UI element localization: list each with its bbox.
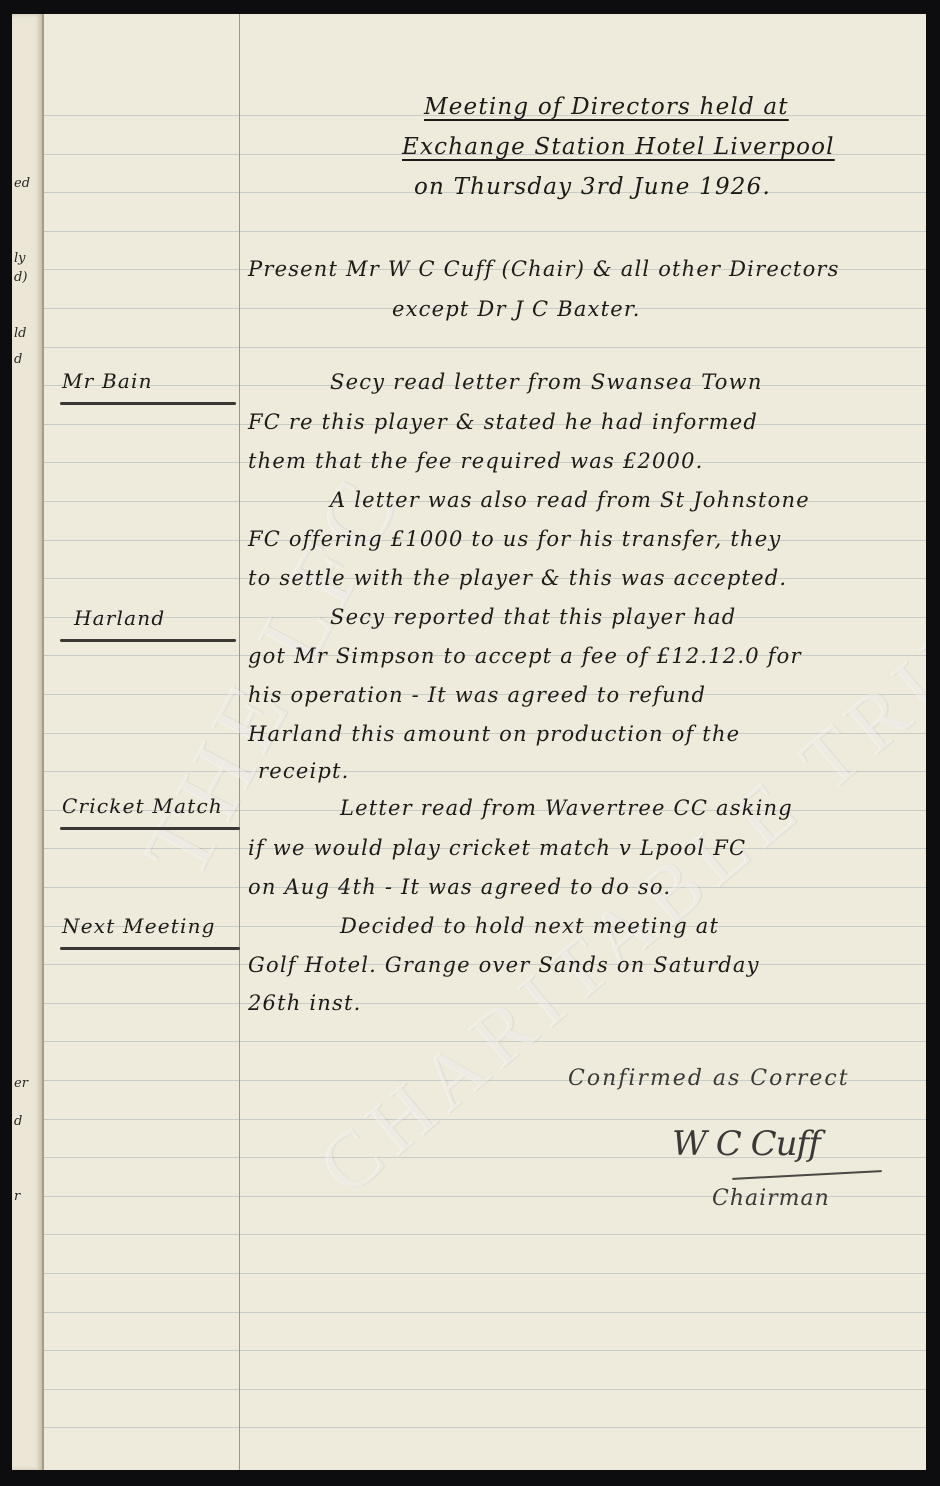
chairman-signature: W C Cuff <box>672 1124 820 1164</box>
left-page-fragment: ly <box>14 251 26 266</box>
left-page-fragment: r <box>14 1189 20 1204</box>
present-line-2: except Dr J C Baxter. <box>392 297 641 321</box>
ruled-line <box>12 1312 926 1313</box>
minute-1-line-4: A letter was also read from St Johnstone <box>330 488 810 512</box>
ruled-line <box>12 1273 926 1274</box>
minute-2-line-5: receipt. <box>258 759 350 783</box>
minute-2-line-4: Harland this amount on production of the <box>248 722 740 746</box>
margin-label-underline <box>60 827 240 830</box>
ruled-line <box>12 231 926 232</box>
minute-4-line-2: Golf Hotel. Grange over Sands on Saturda… <box>248 953 760 977</box>
minute-2-line-2: got Mr Simpson to accept a fee of £12.12… <box>248 644 802 668</box>
margin-label-next-meeting: Next Meeting <box>62 914 216 938</box>
confirmation-text: Confirmed as Correct <box>568 1066 850 1091</box>
heading-line-2: Exchange Station Hotel Liverpool <box>402 134 835 160</box>
minute-2-line-1: Secy reported that this player had <box>330 605 736 629</box>
chairman-title: Chairman <box>712 1186 830 1211</box>
minute-1-line-6: to settle with the player & this was acc… <box>248 566 787 590</box>
minute-4-line-1: Decided to hold next meeting at <box>340 914 719 938</box>
heading-line-1: Meeting of Directors held at <box>424 94 789 120</box>
left-page-fragment: ed <box>14 176 30 191</box>
left-page-gutter: ed ly d) ld d er d r <box>12 14 44 1470</box>
present-line-1: Present Mr W C Cuff (Chair) & all other … <box>248 257 840 281</box>
signature-underline <box>732 1170 882 1179</box>
minute-3-line-1: Letter read from Wavertree CC asking <box>340 796 793 820</box>
left-page-fragment: d) <box>14 270 27 285</box>
left-page-fragment: er <box>14 1076 28 1091</box>
ledger-page: ed ly d) ld d er d r THE LFC CHARITABLE … <box>12 14 926 1470</box>
ruled-line <box>12 1234 926 1235</box>
minute-1-line-1: Secy read letter from Swansea Town <box>330 370 763 394</box>
margin-label-mr-bain: Mr Bain <box>62 369 153 393</box>
ruled-line <box>12 347 926 348</box>
ruled-line <box>12 1389 926 1390</box>
minute-3-line-3: on Aug 4th - It was agreed to do so. <box>248 875 671 899</box>
ruled-line <box>12 1350 926 1351</box>
heading-line-3: on Thursday 3rd June 1926. <box>414 174 771 200</box>
minute-2-line-3: his operation - It was agreed to refund <box>248 683 706 707</box>
margin-label-cricket-match: Cricket Match <box>62 794 223 818</box>
minute-1-line-2: FC re this player & stated he had inform… <box>248 410 758 434</box>
ruled-line <box>12 1427 926 1428</box>
minute-1-line-3: them that the fee required was £2000. <box>248 449 704 473</box>
left-page-fragment: d <box>14 1114 22 1129</box>
margin-label-underline <box>60 402 236 405</box>
margin-label-harland: Harland <box>74 606 165 630</box>
left-page-fragment: d <box>14 352 22 367</box>
minute-4-line-3: 26th inst. <box>248 991 362 1015</box>
margin-label-underline <box>60 639 236 642</box>
margin-label-underline <box>60 947 240 950</box>
minute-3-line-2: if we would play cricket match v Lpool F… <box>248 836 746 860</box>
left-page-fragment: ld <box>14 326 26 341</box>
minute-1-line-5: FC offering £1000 to us for his transfer… <box>248 527 781 551</box>
